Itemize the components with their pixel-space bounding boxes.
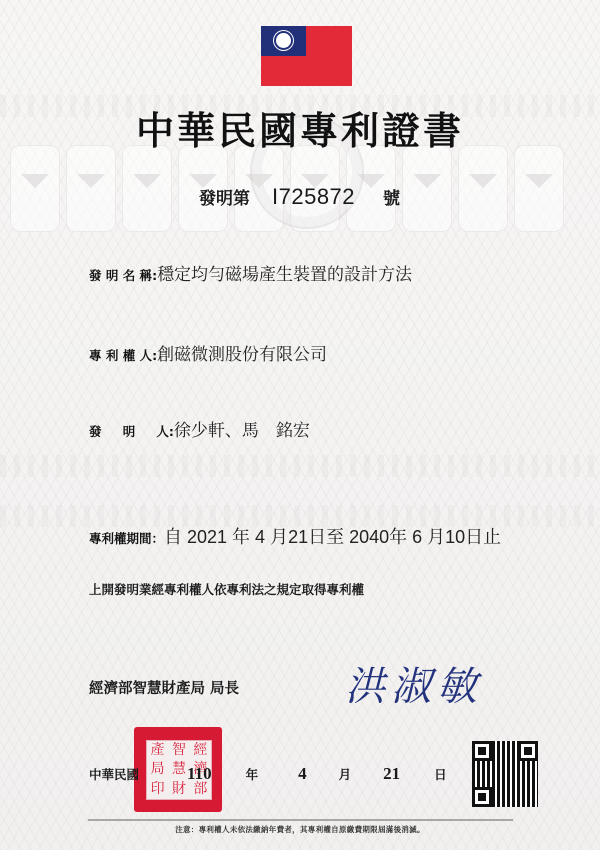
issuer-title: 經濟部智慧財產局 局長 — [89, 677, 239, 698]
field-value: 創磁微測股份有限公司 — [157, 340, 327, 365]
date-month: 4 — [298, 764, 307, 784]
cert-number-prefix: 發明第 — [199, 184, 250, 209]
field-label: 發 明 名 稱 — [89, 266, 152, 284]
qr-code-icon — [472, 741, 538, 807]
date-day-unit: 日 — [434, 765, 447, 783]
field-value: 自 2021 年 4 月21日至 2040年 6 月10日止 — [164, 523, 501, 549]
date-era: 中華民國 — [89, 765, 139, 783]
date-year-unit: 年 — [246, 765, 259, 783]
field-patentee: 專 利 權 人 : 創磁微測股份有限公司 — [89, 340, 327, 365]
footer-divider — [88, 819, 513, 821]
guilloche-band — [0, 455, 600, 477]
director-signature: 洪淑敏 — [345, 655, 483, 712]
issue-date: 中華民國 110 年 4 月 21 日 — [89, 764, 447, 784]
date-month-unit: 月 — [339, 765, 352, 783]
field-patent-period: 專利權期間： 自 2021 年 4 月21日至 2040年 6 月10日止 — [89, 523, 501, 549]
roc-flag-icon — [261, 26, 352, 86]
flag-canton — [261, 26, 306, 56]
certificate-title: 中華民國專利證書 — [0, 100, 600, 155]
field-inventors: 發 明 人 : 徐少軒、馬 銘宏 — [89, 416, 310, 441]
field-label: 專利權期間： — [89, 529, 164, 547]
renewal-notice: 注意：專利權人未依法繳納年費者，其專利權自原繳費期限屆滿後消滅。 — [0, 824, 600, 835]
date-year: 110 — [187, 764, 212, 784]
field-invention-title: 發 明 名 稱 : 穩定均勻磁場產生裝置的設計方法 — [89, 260, 412, 285]
field-label: 專 利 權 人 — [89, 346, 152, 364]
certificate-number: 發明第 I725872 號 — [199, 184, 400, 210]
field-label: 發 明 人 — [89, 422, 169, 440]
grant-statement: 上開發明業經專利權人依專利法之規定取得專利權 — [89, 580, 364, 598]
field-value: 穩定均勻磁場產生裝置的設計方法 — [157, 260, 412, 285]
cert-number-suffix: 號 — [383, 184, 400, 209]
white-sun-icon — [276, 33, 291, 48]
date-day: 21 — [383, 764, 400, 784]
certificate-page: 中華民國專利證書 發明第 I725872 號 發 明 名 稱 : 穩定均勻磁場產… — [0, 0, 600, 850]
cert-number-value: I725872 — [272, 184, 355, 210]
field-value: 徐少軒、馬 銘宏 — [174, 416, 310, 441]
